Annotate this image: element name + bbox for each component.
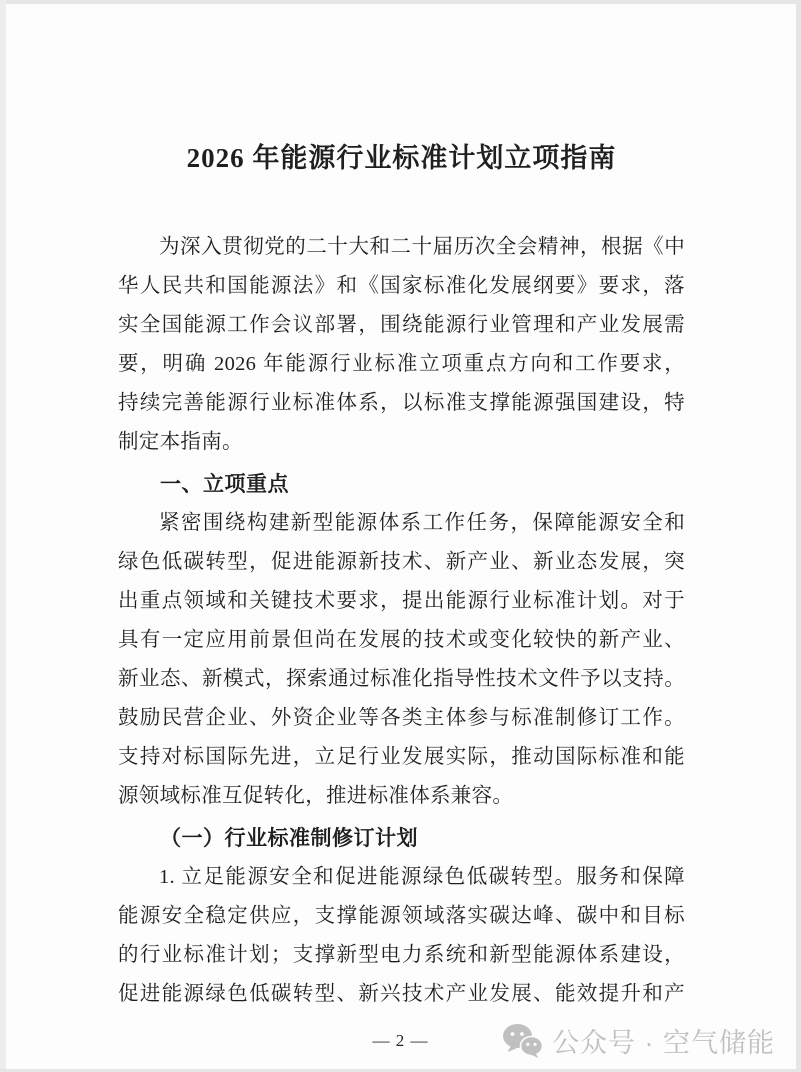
paragraph-section-1: 紧密围绕构建新型能源体系工作任务，保障能源安全和 绿色低碳转型，促进能源新技术、… xyxy=(118,504,685,816)
text-line: 具有一定应用前景但尚在发展的技术或变化较快的新产业、 xyxy=(118,621,685,660)
text-line: 持续完善能源行业标准体系，以标准支撑能源强国建设，特 xyxy=(118,384,685,423)
text-line: 支持对标国际先进，立足行业发展实际，推动国际标准和能 xyxy=(118,738,685,777)
document-content: 2026 年能源行业标准计划立项指南 为深入贯彻党的二十大和二十届历次全会精神，… xyxy=(118,138,685,1014)
text-line: 1. 立足能源安全和促进能源绿色低碳转型。服务和保障 xyxy=(118,858,685,897)
section-heading-1: 一、立项重点 xyxy=(118,465,685,504)
section-heading-1-1: （一）行业标准制修订计划 xyxy=(118,819,685,858)
text-line: 新业态、新模式，探索通过标准化指导性技术文件予以支持。 xyxy=(118,660,685,699)
text-line: 促进能源绿色低碳转型、新兴技术产业发展、能效提升和产 xyxy=(118,975,685,1014)
text-line: 出重点领域和关键技术要求，提出能源行业标准计划。对于 xyxy=(118,582,685,621)
text-line: 源领域标准互促转化，推进标准体系兼容。 xyxy=(118,777,685,816)
text-line: 要，明确 2026 年能源行业标准立项重点方向和工作要求， xyxy=(118,345,685,384)
text-line: 实全国能源工作会议部署，围绕能源行业管理和产业发展需 xyxy=(118,306,685,345)
wechat-icon xyxy=(502,1023,543,1058)
watermark: 公众号 · 空气储能 xyxy=(502,1020,775,1060)
text-line: 的行业标准计划；支撑新型电力系统和新型能源体系建设， xyxy=(118,936,685,975)
text-line: 绿色低碳转型，促进能源新技术、新产业、新业态发展，突 xyxy=(118,543,685,582)
text-line: 为深入贯彻党的二十大和二十届历次全会精神，根据《中 xyxy=(118,228,685,267)
text-line: 制定本指南。 xyxy=(118,423,685,462)
document-title: 2026 年能源行业标准计划立项指南 xyxy=(118,138,685,178)
text-line: 鼓励民营企业、外资企业等各类主体参与标准制修订工作。 xyxy=(118,699,685,738)
text-line: 紧密围绕构建新型能源体系工作任务，保障能源安全和 xyxy=(118,504,685,543)
paragraph-intro: 为深入贯彻党的二十大和二十届历次全会精神，根据《中 华人民共和国能源法》和《国家… xyxy=(118,228,685,462)
scan-edge-top xyxy=(0,0,801,4)
scan-edge-left xyxy=(0,0,6,1072)
scan-edge-right xyxy=(796,0,801,1072)
document-page: 2026 年能源行业标准计划立项指南 为深入贯彻党的二十大和二十届历次全会精神，… xyxy=(0,0,801,1072)
watermark-label: 公众号 · 空气储能 xyxy=(552,1021,775,1060)
text-line: 能源安全稳定供应，支撑能源领域落实碳达峰、碳中和目标 xyxy=(118,897,685,936)
paragraph-item-1: 1. 立足能源安全和促进能源绿色低碳转型。服务和保障 能源安全稳定供应，支撑能源… xyxy=(118,858,685,1014)
text-line: 华人民共和国能源法》和《国家标准化发展纲要》要求，落 xyxy=(118,267,685,306)
